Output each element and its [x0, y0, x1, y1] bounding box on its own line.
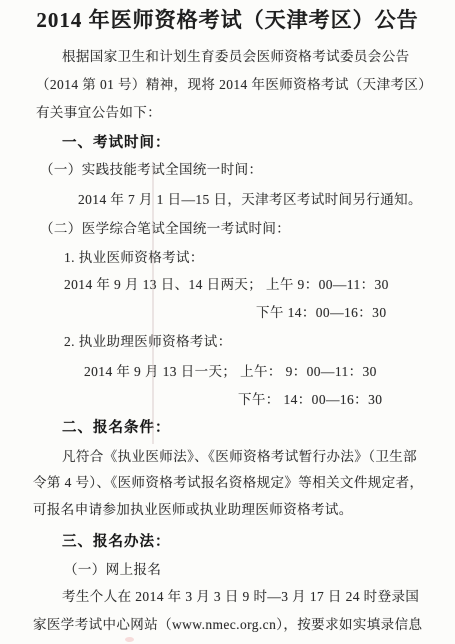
paragraph-line: （2014 第 01 号）精神，现将 2014 年医师资格考试（天津考区） — [36, 75, 432, 95]
subsection-heading-online: （一）网上报名 — [64, 560, 161, 580]
paragraph-line: 下午： 14：00—16：30 — [238, 390, 382, 410]
paragraph-line: （二）医学综合笔试全国统一考试时间： — [40, 219, 290, 239]
paragraph-line: 有关事宜公告如下： — [36, 103, 161, 123]
paragraph-line: 2014 年 9 月 13 日、14 日两天； 上午 9：00—11：30 — [64, 275, 389, 295]
section-heading-requirements: 二、报名条件： — [62, 418, 171, 438]
list-item-line: 2. 执业助理医师资格考试： — [64, 332, 232, 352]
section-heading-registration: 三、报名办法： — [62, 532, 171, 552]
scan-artifact-line — [152, 162, 154, 444]
paragraph-line: 凡符合《执业医师法》、《医师资格考试暂行办法》（卫生部 — [62, 447, 417, 467]
paragraph-line: 2014 年 9 月 13 日一天； 上午： 9：00—11：30 — [84, 362, 377, 382]
paragraph-line: 2014 年 7 月 1 日—15 日，天津考区考试时间另行通知。 — [78, 190, 422, 210]
paragraph-line: 可报名申请参加执业医师或执业助理医师资格考试。 — [33, 500, 353, 520]
scan-artifact-dot — [125, 637, 134, 642]
section-heading-exam-time: 一、考试时间： — [62, 133, 171, 153]
paragraph-line: 根据国家卫生和计划生育委员会医师资格考试委员会公告 — [62, 47, 410, 67]
paragraph-line: 令第 4 号）、《医师资格考试报名资格规定》等相关文件规定者， — [33, 473, 423, 493]
paragraph-line: 下午 14：00—16：30 — [256, 303, 386, 323]
document-page: 2014 年医师资格考试（天津考区）公告 根据国家卫生和计划生育委员会医师资格考… — [0, 0, 455, 644]
list-item-line: 1. 执业医师资格考试： — [64, 248, 204, 268]
paragraph-line: 家医学考试中心网站（www.nmec.org.cn），按要求如实填录信息 — [33, 615, 422, 635]
paragraph-line: 考生个人在 2014 年 3 月 3 日 9 时—3 月 17 日 24 时登录… — [62, 587, 419, 607]
doc-title: 2014 年医师资格考试（天津考区）公告 — [0, 4, 455, 34]
